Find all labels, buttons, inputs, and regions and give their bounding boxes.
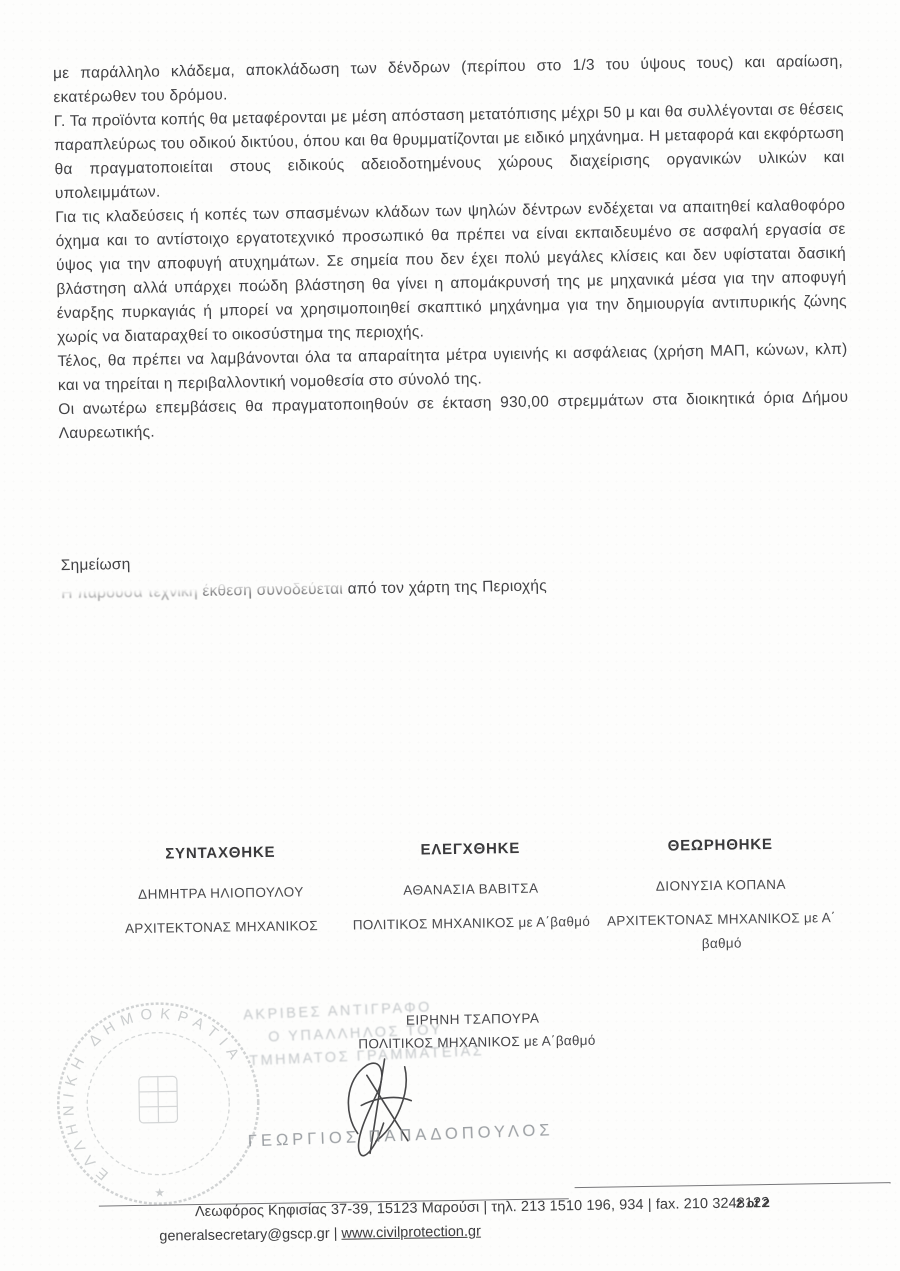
note-clear-text: από τον χάρτη της Περιοχής: [347, 577, 547, 597]
scanned-document-page: με παράλληλο κλάδεμα, αποκλάδωση των δέν…: [0, 0, 900, 1271]
footer-rule-right: [575, 1182, 891, 1188]
seal-text: ΕΛΛΗΝΙΚΗ ΔΗΜΟΚΡΑΤΙΑ: [59, 1004, 248, 1184]
scan-skew-wrapper: με παράλληλο κλάδεμα, αποκλάδωση των δέν…: [0, 0, 900, 1271]
paragraph-transport: Γ. Τα προϊόντα κοπής θα μεταφέρονται με …: [54, 98, 845, 206]
signature-title: ΑΡΧΙΤΕΚΤΟΝΑΣ ΜΗΧΑΝΙΚΟΣ: [96, 914, 346, 942]
document-body: με παράλληλο κλάδεμα, αποκλάδωση των δέν…: [53, 50, 857, 966]
signature-title: ΠΟΛΙΤΙΚΟΣ ΜΗΧΑΝΙΚΟΣ με Α΄βαθμό: [346, 910, 596, 938]
seal-icon: ΕΛΛΗΝΙΚΗ ΔΗΜΟΚΡΑΤΙΑ ★: [50, 995, 267, 1212]
signature-title: ΑΡΧΙΤΕΚΤΟΝΑΣ ΜΗΧΑΝΙΚΟΣ με Α΄ βαθμό: [596, 906, 847, 958]
seal-star: ★: [154, 1186, 165, 1200]
signature-header: ΣΥΝΤΑΧΘΗΚΕ: [95, 840, 345, 868]
note-faded-text: Η παρούσα τεχνική: [61, 583, 198, 602]
svg-text:ΕΛΛΗΝΙΚΗ ΔΗΜΟΚΡΑΤΙΑ: ΕΛΛΗΝΙΚΗ ΔΗΜΟΚΡΑΤΙΑ: [59, 1004, 248, 1184]
signature-block-drafted: ΣΥΝΤΑΧΘΗΚΕ ΔΗΜΗΤΡΑ ΗΛΙΟΠΟΥΛΟΥ ΑΡΧΙΤΕΚΤΟΝ…: [95, 840, 347, 966]
signature-name: ΔΗΜΗΤΡΑ ΗΛΙΟΠΟΥΛΟΥ: [96, 880, 346, 908]
signature-row: ΣΥΝΤΑΧΘΗΚΕ ΔΗΜΗΤΡΑ ΗΛΙΟΠΟΥΛΟΥ ΑΡΧΙΤΕΚΤΟΝ…: [65, 832, 857, 966]
signature-name: ΔΙΟΝΥΣΙΑ ΚΟΠΑΝΑ: [596, 872, 846, 900]
signature-name: ΑΘΑΝΑΣΙΑ ΒΑΒΙΤΣΑ: [346, 876, 596, 904]
footer-address: Λεωφόρος Κηφισίας 37-39, 15123 Μαρούσι |…: [195, 1195, 770, 1220]
certifier-name: ΕΙΡΗΝΗ ΤΣΑΠΟΥΡΑ: [406, 1011, 540, 1028]
footer-website: www.civilprotection.gr: [341, 1224, 481, 1242]
signature-block-checked: ΕΛΕΓΧΘΗΚΕ ΑΘΑΝΑΣΙΑ ΒΑΒΙΤΣΑ ΠΟΛΙΤΙΚΟΣ ΜΗΧ…: [345, 836, 597, 962]
note-section: Σημείωση Η παρούσα τεχνική έκθεση συνοδε…: [61, 542, 852, 606]
signature-header: ΕΛΕΓΧΘΗΚΕ: [345, 836, 595, 864]
note-mid-text: έκθεση συνοδεύεται: [202, 581, 343, 600]
signature-block-approved: ΘΕΩΡΗΘΗΚΕ ΔΙΟΝΥΣΙΑ ΚΟΠΑΝΑ ΑΡΧΙΤΕΚΤΟΝΑΣ Μ…: [595, 832, 847, 958]
footer-contacts: generalsecretary@gscp.gr | www.civilprot…: [159, 1224, 481, 1245]
signature-header: ΘΕΩΡΗΘΗΚΕ: [595, 832, 845, 860]
paragraph-safety-works: Για τις κλαδεύσεις ή κοπές των σπασμένων…: [55, 194, 847, 350]
round-seal-stamp: ΕΛΛΗΝΙΚΗ ΔΗΜΟΚΡΑΤΙΑ ★: [50, 995, 267, 1212]
page-number: 2 of 2: [736, 1196, 771, 1211]
footer-separator: |: [334, 1226, 338, 1242]
footer-email: generalsecretary@gscp.gr: [159, 1226, 330, 1245]
